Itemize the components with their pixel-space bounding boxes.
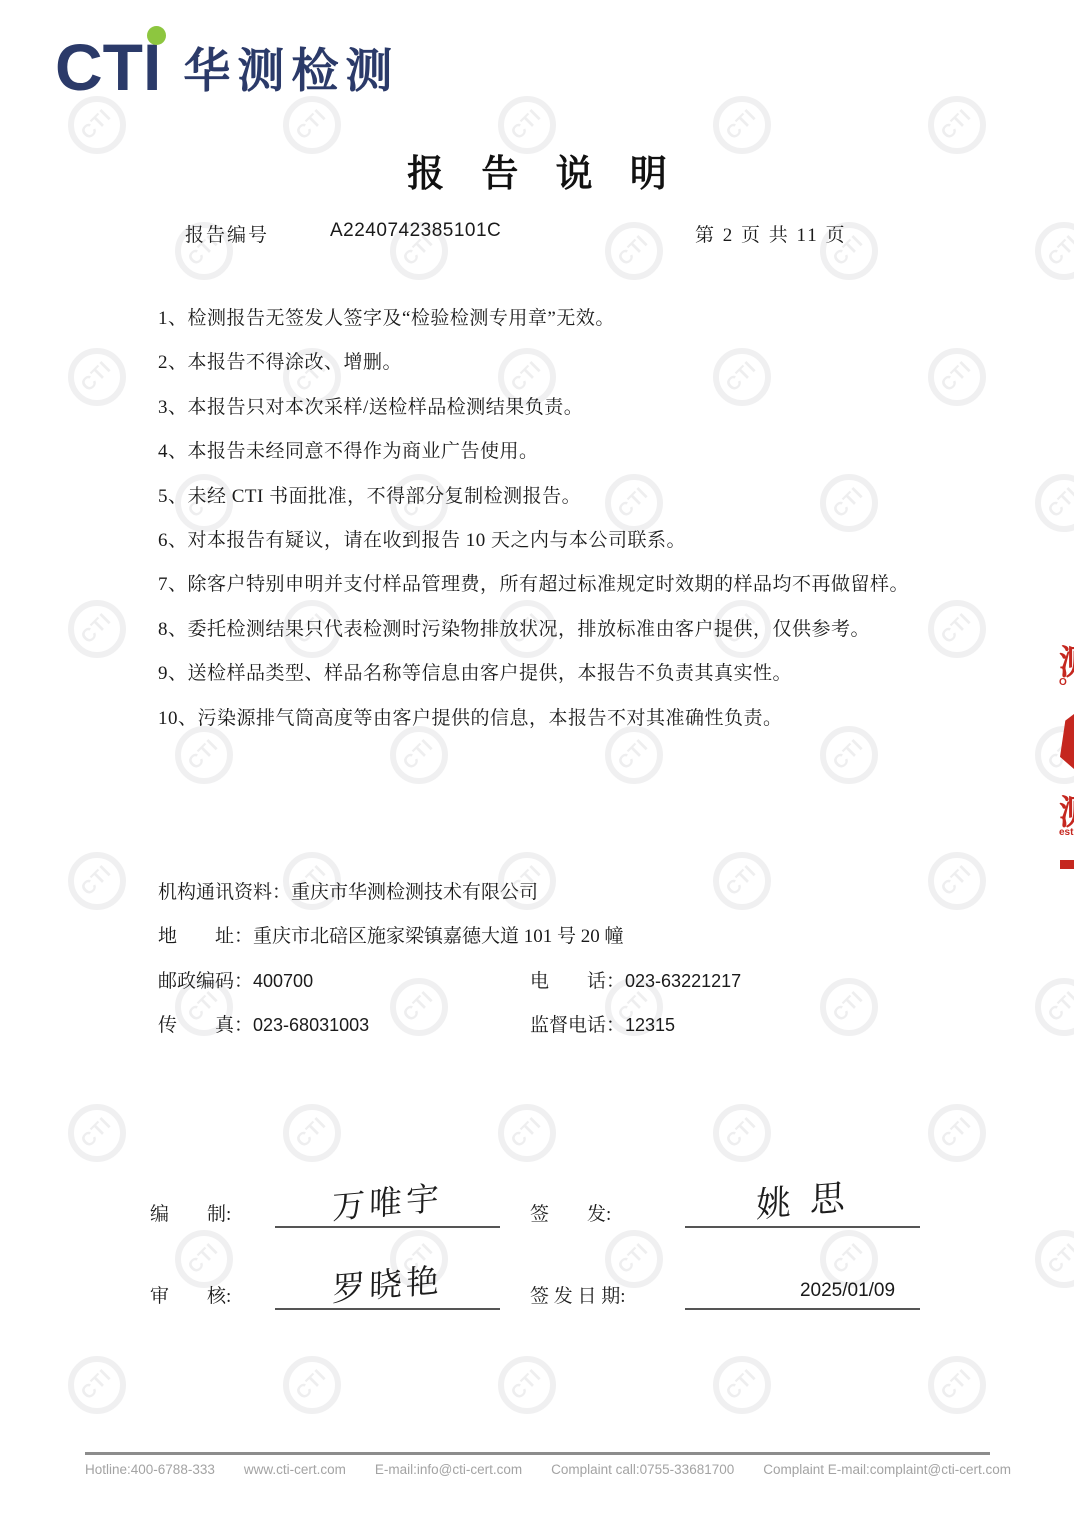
- footer-item: E-mail:info@cti-cert.com: [375, 1462, 522, 1477]
- note-item: 3、本报告只对本次采样/送检样品检测结果负责。: [158, 386, 998, 430]
- footer-item: Complaint call:0755-33681700: [551, 1462, 734, 1477]
- contact-addr-row: 地 址：重庆市北碚区施家梁镇嘉德大道 101 号 20 幢: [158, 915, 978, 959]
- reviewed-signature-line: 罗晓艳: [275, 1250, 500, 1310]
- note-item: 8、委托检测结果只代表检测时污染物排放状况，排放标准由客户提供，仅供参考。: [158, 608, 998, 652]
- page-title: 报 告 说 明: [0, 143, 1074, 197]
- note-item: 6、对本报告有疑议，请在收到报告 10 天之内与本公司联系。: [158, 519, 998, 563]
- cti-logo-green-dot-icon: [147, 26, 166, 45]
- report-no-value: A2240742385101C: [330, 220, 501, 242]
- signoff-block: 编 制: 万唯宇 签 发: 姚 思 审 核: 罗晓艳 签 发 日 期: 2025…: [150, 1168, 940, 1332]
- cti-watermark-icon: CTI: [68, 600, 126, 658]
- cti-watermark-icon: CTI: [713, 1104, 771, 1162]
- cti-watermark-icon: CTI: [68, 1104, 126, 1162]
- signoff-row-2: 审 核: 罗晓艳 签 发 日 期: 2025/01/09: [150, 1250, 940, 1310]
- cti-watermark-icon: CTI: [1035, 978, 1074, 1036]
- cti-watermark-icon: CTI: [68, 348, 126, 406]
- cti-logo: CTI 华测检测: [55, 34, 399, 100]
- stamp-subtext: est: [1059, 828, 1074, 838]
- cti-logo-letters: CTI: [55, 30, 161, 104]
- footer-item: Complaint E-mail:complaint@cti-cert.com: [763, 1462, 1011, 1477]
- cti-watermark-icon: CTI: [68, 1356, 126, 1414]
- tel-value: 023-63221217: [625, 971, 741, 991]
- note-item: 9、送检样品类型、样品名称等信息由客户提供，本报告不负责其真实性。: [158, 652, 998, 696]
- stamp-char-icon: 测: [1059, 798, 1074, 828]
- zip-value: 400700: [253, 971, 313, 991]
- cti-watermark-icon: CTI: [283, 1356, 341, 1414]
- note-item: 4、本报告未经同意不得作为商业广告使用。: [158, 430, 998, 474]
- cti-watermark-icon: CTI: [283, 1104, 341, 1162]
- cti-watermark-icon: CTI: [498, 1356, 556, 1414]
- note-item: 5、未经 CTI 书面批准，不得部分复制检测报告。: [158, 475, 998, 519]
- note-item: 1、检测报告无签发人签字及“检验检测专用章”无效。: [158, 297, 998, 341]
- cti-watermark-icon: CTI: [1035, 1230, 1074, 1288]
- prepared-label: 编 制:: [150, 1199, 275, 1228]
- contact-org-row: 机构通讯资料：重庆市华测检测技术有限公司: [158, 871, 978, 915]
- org-value: 重庆市华测检测技术有限公司: [291, 882, 538, 903]
- footer-divider: [85, 1452, 990, 1455]
- notes-list: 1、检测报告无签发人签字及“检验检测专用章”无效。2、本报告不得涂改、增删。3、…: [158, 297, 998, 741]
- prepared-signature-line: 万唯宇: [275, 1168, 500, 1228]
- cti-watermark-icon: CTI: [713, 1356, 771, 1414]
- contact-fax-supervise-row: 传 真：023-68031003 监督电话：12315: [158, 1003, 978, 1047]
- stamp-subtext: O: [1059, 678, 1074, 688]
- cti-watermark-icon: CTI: [928, 1356, 986, 1414]
- issued-signature: 姚 思: [756, 1170, 850, 1228]
- contact-block: 机构通讯资料：重庆市华测检测技术有限公司 地 址：重庆市北碚区施家梁镇嘉德大道 …: [158, 871, 978, 1047]
- cti-watermark-icon: CTI: [1035, 222, 1074, 280]
- cti-logo-chinese: 华测检测: [183, 46, 399, 96]
- reviewed-label: 审 核:: [150, 1281, 275, 1310]
- footer-item: Hotline:400-6788-333: [85, 1462, 215, 1477]
- page-indicator: 第 2 页 共 11 页: [695, 220, 847, 247]
- addr-value: 重庆市北碚区施家梁镇嘉德大道 101 号 20 幢: [253, 926, 624, 947]
- stamp-fragment-4: [1060, 860, 1074, 869]
- footer-item: www.cti-cert.com: [244, 1462, 346, 1477]
- cti-watermark-icon: CTI: [498, 1104, 556, 1162]
- stamp-char-icon: 测: [1059, 648, 1074, 678]
- tel-label: 电 话：: [530, 971, 625, 992]
- issue-date-value: 2025/01/09: [800, 1280, 895, 1302]
- stamp-fragment-2: [1060, 714, 1074, 769]
- cti-logo-text: CTI: [55, 34, 161, 100]
- stamp-fragment-1: 测 O: [1059, 648, 1074, 688]
- prepared-signature: 万唯宇: [332, 1172, 443, 1229]
- cti-watermark-icon: CTI: [1035, 474, 1074, 532]
- report-page: CTICTICTICTICTICTICTICTICTICTICTICTICTIC…: [0, 0, 1074, 1520]
- addr-label: 地 址：: [158, 926, 253, 947]
- note-item: 10、污染源排气筒高度等由客户提供的信息，本报告不对其准确性负责。: [158, 697, 998, 741]
- contact-zip-tel-row: 邮政编码：400700 电 话：023-63221217: [158, 959, 978, 1003]
- supervise-pair: 监督电话：12315: [530, 1003, 675, 1048]
- tel-pair: 电 话：023-63221217: [530, 959, 741, 1004]
- org-label: 机构通讯资料：: [158, 882, 291, 903]
- issued-signature-line: 姚 思: [685, 1168, 920, 1228]
- supervise-label: 监督电话：: [530, 1015, 625, 1036]
- supervise-value: 12315: [625, 1015, 675, 1035]
- fax-value: 023-68031003: [253, 1015, 369, 1035]
- footer-contact-bar: Hotline:400-6788-333www.cti-cert.comE-ma…: [85, 1462, 1045, 1477]
- issue-date-label: 签 发 日 期:: [530, 1281, 685, 1310]
- reviewed-signature: 罗晓艳: [332, 1254, 443, 1311]
- cti-watermark-icon: CTI: [605, 222, 663, 280]
- fax-label: 传 真：: [158, 1015, 253, 1036]
- report-no-label: 报告编号: [185, 220, 269, 247]
- cti-watermark-icon: CTI: [68, 852, 126, 910]
- note-item: 7、除客户特别申明并支付样品管理费，所有超过标准规定时效期的样品均不再做留样。: [158, 563, 998, 607]
- signoff-row-1: 编 制: 万唯宇 签 发: 姚 思: [150, 1168, 940, 1228]
- zip-label: 邮政编码：: [158, 971, 253, 992]
- issue-date-line: 2025/01/09: [685, 1250, 920, 1310]
- note-item: 2、本报告不得涂改、增删。: [158, 341, 998, 385]
- issued-label: 签 发:: [530, 1199, 685, 1228]
- stamp-fragment-3: 测 est: [1059, 798, 1074, 838]
- cti-watermark-icon: CTI: [928, 1104, 986, 1162]
